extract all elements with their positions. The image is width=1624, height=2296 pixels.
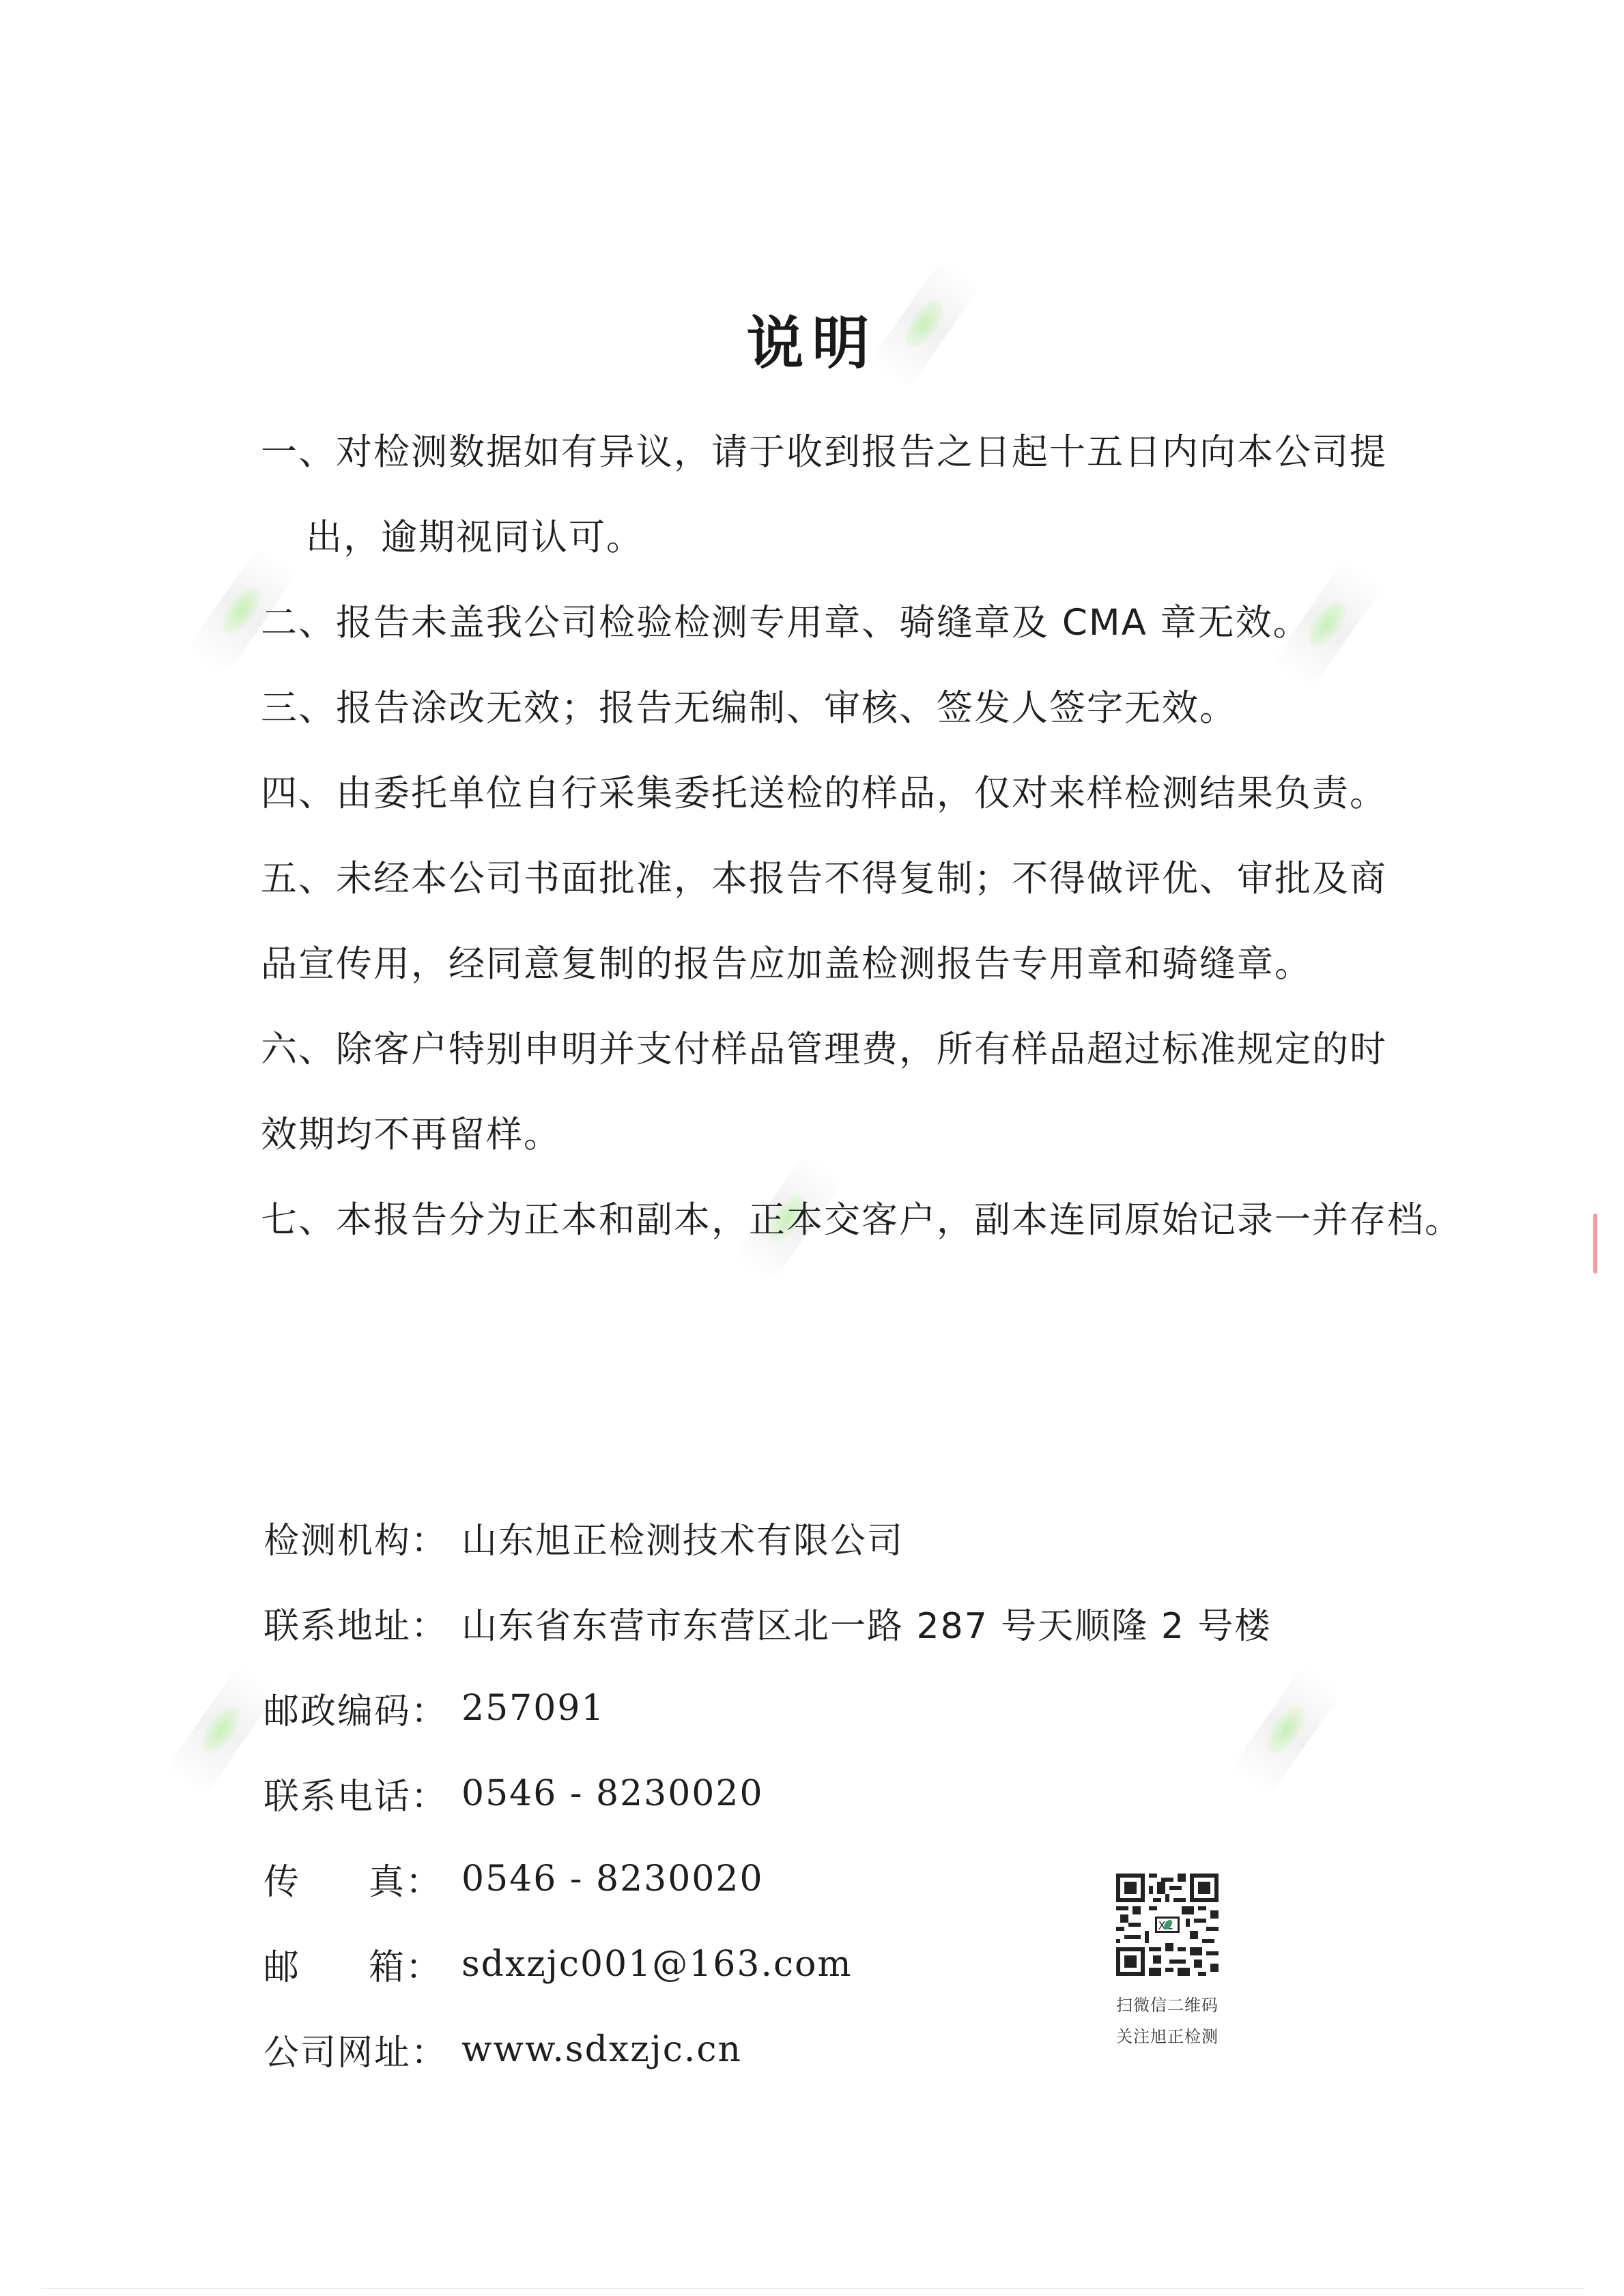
clause-7: 七、本报告分为正本和副本，正本交客户，副本连同原始记录一并存档。 [261,1177,1408,1263]
fax-value: 0546 - 8230020 [461,1859,764,1899]
clause-text: 本报告分为正本和副本，正本交客户，副本连同原始记录一并存档。 [336,1199,1462,1241]
contact-row-postcode: 邮政编码： 257091 [263,1665,1271,1751]
label-part: 邮 [263,1938,300,1990]
clause-4: 四、由委托单位自行采集委托送检的样品，仅对来样检测结果负责。 [261,751,1408,836]
contact-label: 邮政编码： [263,1682,461,1734]
label-part: 箱： [369,1938,442,1990]
clause-number: 六、 [261,1029,336,1070]
qr-caption: 扫微信二维码 关注旭正检测 [1116,1990,1253,2052]
clause-text: 未经本公司书面批准，本报告不得复制；不得做评优、审批及商 [336,858,1387,900]
clause-number: 四、 [261,773,336,814]
clause-number: 五、 [261,858,336,900]
clause-3: 三、报告涂改无效；报告无编制、审核、签发人签字无效。 [261,665,1408,751]
clause-6: 六、除客户特别申明并支付样品管理费，所有样品超过标准规定的时 效期均不再留样。 [261,1007,1408,1177]
clause-text: 由委托单位自行采集委托送检的样品，仅对来样检测结果负责。 [336,773,1387,814]
postcode-value: 257091 [461,1688,606,1729]
clause-number: 一、 [261,431,336,473]
clause-2: 二、报告未盖我公司检验检测专用章、骑缝章及 CMA 章无效。 [261,580,1408,665]
clause-1: 一、对检测数据如有异议，请于收到报告之日起十五日内向本公司提 出，逾期视同认可。 [261,410,1408,580]
clause-list: 一、对检测数据如有异议，请于收到报告之日起十五日内向本公司提 出，逾期视同认可。… [261,410,1408,1263]
email-value: sdxzjc001@163.com [461,1944,853,1985]
contact-label: 检测机构： [263,1512,461,1563]
qr-caption-line: 扫微信二维码 [1116,1990,1253,2021]
contact-row-address: 联系地址： 山东省东营市东营区北一路 287 号天顺隆 2 号楼 [263,1580,1271,1665]
clause-text: 出，逾期视同认可。 [261,495,1408,580]
clause-text: 对检测数据如有异议，请于收到报告之日起十五日内向本公司提 [336,431,1387,473]
label-part: 传 [263,1853,300,1904]
wechat-qr-block: XZ 扫微信二维码 关注旭正检测 [1116,1874,1253,2052]
contact-label: 传 真： [263,1853,461,1904]
contact-label: 公司网址： [263,2024,461,2075]
page-title: 说明 [0,298,1624,380]
clause-number: 二、 [261,602,336,644]
clause-number: 三、 [261,687,336,729]
clause-text: 报告涂改无效；报告无编制、审核、签发人签字无效。 [336,687,1237,729]
contact-row-phone: 联系电话： 0546 - 8230020 [263,1751,1271,1836]
contact-label: 联系电话： [263,1768,461,1819]
clause-text: 品宣传用，经同意复制的报告应加盖检测报告专用章和骑缝章。 [261,921,1408,1007]
clause-text: 效期均不再留样。 [261,1092,1408,1177]
contact-row-institution: 检测机构： 山东旭正检测技术有限公司 [263,1495,1271,1580]
seal-edge-mark [1593,1214,1597,1274]
clause-5: 五、未经本公司书面批准，本报告不得复制；不得做评优、审批及商 品宣传用，经同意复… [261,836,1408,1007]
scan-edge-line [41,2288,1584,2289]
clause-number: 七、 [261,1199,336,1241]
contact-label: 联系地址： [263,1597,461,1648]
contact-label: 邮 箱： [263,1938,461,1990]
address-value: 山东省东营市东营区北一路 287 号天顺隆 2 号楼 [461,1597,1271,1648]
phone-value: 0546 - 8230020 [461,1773,764,1814]
qr-code-icon: XZ [1116,1874,1219,1976]
label-part: 真： [369,1853,442,1904]
clause-text: 除客户特别申明并支付样品管理费，所有样品超过标准规定的时 [336,1029,1387,1070]
document-page: 说明 一、对检测数据如有异议，请于收到报告之日起十五日内向本公司提 出，逾期视同… [0,0,1624,2296]
qr-caption-line: 关注旭正检测 [1116,2021,1253,2052]
institution-name: 山东旭正检测技术有限公司 [461,1512,904,1563]
website-value: www.sdxzjc.cn [461,2029,742,2070]
clause-text: 报告未盖我公司检验检测专用章、骑缝章及 CMA 章无效。 [336,602,1311,644]
